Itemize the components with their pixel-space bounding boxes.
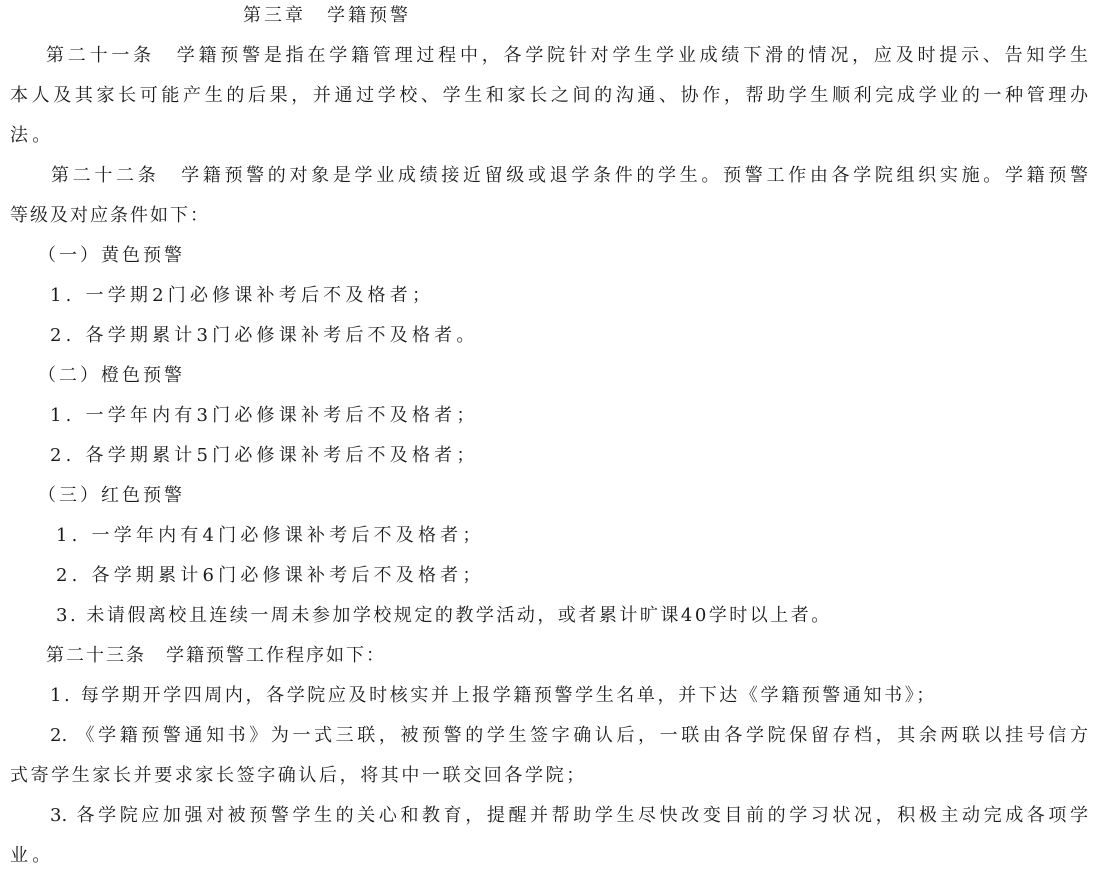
article-23-step-3-line-1: 3. 各学院应加强对被预警学生的关心和教育，提醒并帮助学生尽快改变目前的学习状况… bbox=[10, 804, 1088, 828]
yellow-warning-item-2: 2. 各学期累计3门必修课补考后不及格者。 bbox=[50, 324, 479, 348]
article-22-line-1: 第二十二条 学籍预警的对象是学业成绩接近留级或退学条件的学生。预警工作由各学院组… bbox=[10, 164, 1088, 188]
red-warning-item-1: 1. 一学年内有4门必修课补考后不及格者； bbox=[56, 524, 485, 548]
article-21-line-2: 本人及其家长可能产生的后果，并通过学校、学生和家长之间的沟通、协作，帮助学生顺利… bbox=[10, 84, 1088, 108]
orange-warning-item-2: 2. 各学期累计5门必修课补考后不及格者； bbox=[50, 444, 479, 468]
yellow-warning-item-1: 1. 一学期2门必修课补考后不及格者； bbox=[50, 284, 434, 308]
article-23-step-1: 1. 每学期开学四周内，各学院应及时核实并上报学籍预警学生名单，并下达《学籍预警… bbox=[50, 684, 937, 708]
red-warning-item-3: 3. 未请假离校且连续一周未参加学校规定的教学活动，或者累计旷课40学时以上者。 bbox=[56, 604, 832, 628]
article-23-step-3-line-2: 业。 bbox=[10, 844, 54, 868]
article-23-step-2-line-1: 2. 《学籍预警通知书》为一式三联，被预警的学生签字确认后，一联由各学院保留存档… bbox=[10, 724, 1088, 748]
yellow-warning-heading: （一）黄色预警 bbox=[38, 244, 185, 268]
article-22-line-2: 等级及对应条件如下： bbox=[10, 204, 210, 228]
orange-warning-heading: （二）橙色预警 bbox=[38, 364, 185, 388]
red-warning-heading: （三）红色预警 bbox=[38, 484, 185, 508]
article-21-line-1: 第二十一条 学籍预警是指在学籍管理过程中，各学院针对学生学业成绩下滑的情况，应及… bbox=[10, 44, 1088, 68]
document-page: 第三章 学籍预警 第二十一条 学籍预警是指在学籍管理过程中，各学院针对学生学业成… bbox=[0, 0, 1099, 873]
article-23-heading: 第二十三条 学籍预警工作程序如下： bbox=[46, 644, 386, 668]
article-21-line-3: 法。 bbox=[10, 124, 54, 148]
chapter-title: 第三章 学籍预警 bbox=[243, 4, 411, 28]
orange-warning-item-1: 1. 一学年内有3门必修课补考后不及格者； bbox=[50, 404, 479, 428]
article-23-step-2-line-2: 式寄学生家长并要求家长签字确认后，将其中一联交回各学院； bbox=[10, 764, 587, 788]
red-warning-item-2: 2. 各学期累计6门必修课补考后不及格者； bbox=[56, 564, 485, 588]
